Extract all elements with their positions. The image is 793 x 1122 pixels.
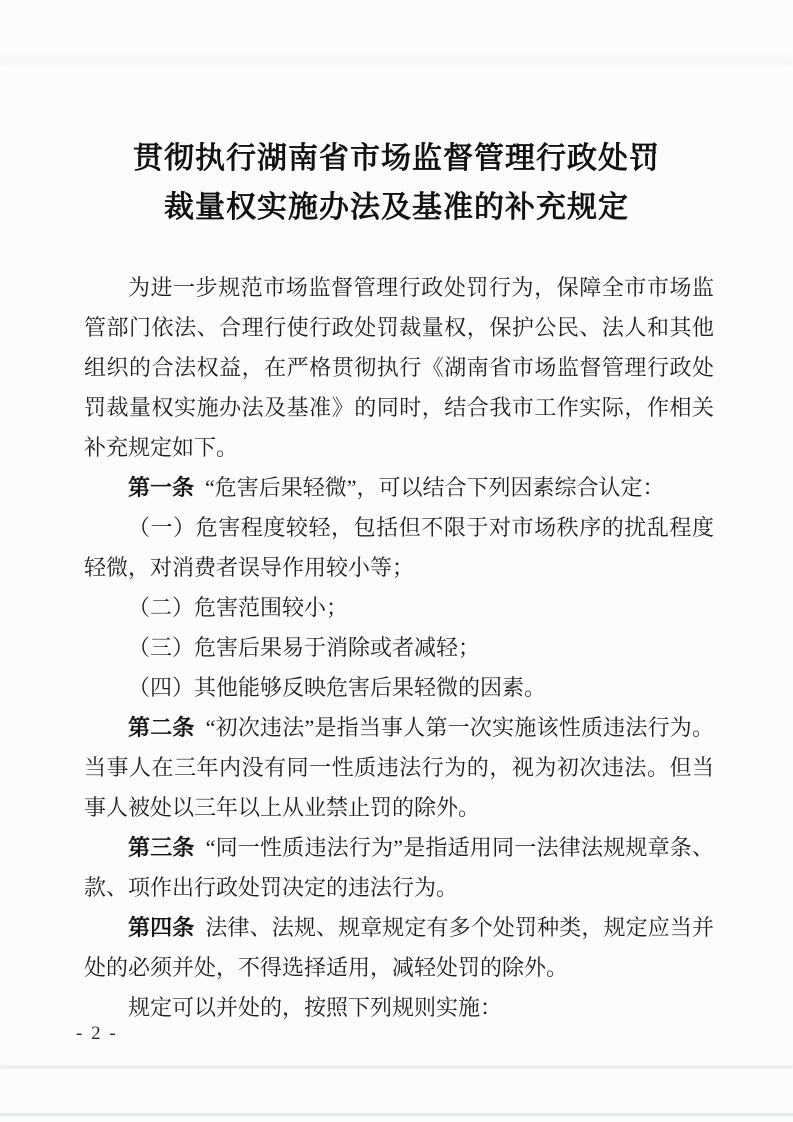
article-1-term: 第一条 (128, 475, 194, 500)
page-number: - 2 - (76, 1022, 118, 1046)
article-1-paragraph: 第一条“危害后果轻微”，可以结合下列因素综合认定： (84, 468, 714, 508)
article-3-term: 第三条 (128, 835, 195, 860)
article-1-item-2: （二）危害范围较小； (84, 588, 714, 628)
scan-artifact-band (0, 56, 793, 66)
article-1-item-1: （一）危害程度较轻，包括但不限于对市场秩序的扰乱程度轻微，对消费者误导作用较小等… (84, 508, 714, 588)
scan-artifact-line-teal (0, 1113, 793, 1116)
article-2-term: 第二条 (128, 715, 195, 740)
intro-paragraph: 为进一步规范市场监督管理行政处罚行为，保障全市市场监管部门依法、合理行使行政处罚… (84, 268, 714, 468)
paragraph-text: （二）危害范围较小； (128, 595, 348, 620)
article-1-item-3: （三）危害后果易于消除或者减轻； (84, 628, 714, 668)
document-title-line-1: 贯彻执行湖南省市场监督管理行政处罚 (0, 134, 793, 183)
article-4-paragraph: 第四条法律、法规、规章规定有多个处罚种类，规定应当并处的必须并处，不得选择适用，… (84, 908, 714, 988)
paragraph-text: “危害后果轻微”，可以结合下列因素综合认定： (205, 475, 665, 500)
scan-artifact-line (0, 1066, 793, 1068)
article-4-subparagraph: 规定可以并处的，按照下列规则实施： (84, 988, 714, 1028)
paragraph-text: 为进一步规范市场监督管理行政处罚行为，保障全市市场监管部门依法、合理行使行政处罚… (84, 275, 714, 460)
paragraph-text: （四）其他能够反映危害后果轻微的因素。 (128, 675, 546, 700)
paragraph-text: 规定可以并处的，按照下列规则实施： (128, 995, 502, 1020)
article-4-term: 第四条 (128, 915, 194, 940)
article-1-item-4: （四）其他能够反映危害后果轻微的因素。 (84, 668, 714, 708)
document-title-line-2: 裁量权实施办法及基准的补充规定 (0, 183, 793, 232)
article-3-paragraph: 第三条“同一性质违法行为”是指适用同一法律法规规章条、款、项作出行政处罚决定的违… (84, 828, 714, 908)
scanned-document-page: 贯彻执行湖南省市场监督管理行政处罚 裁量权实施办法及基准的补充规定 为进一步规范… (0, 0, 793, 1122)
document-title: 贯彻执行湖南省市场监督管理行政处罚 裁量权实施办法及基准的补充规定 (0, 134, 793, 232)
paragraph-text: （三）危害后果易于消除或者减轻； (128, 635, 480, 660)
paragraph-text: （一）危害程度较轻，包括但不限于对市场秩序的扰乱程度轻微，对消费者误导作用较小等… (84, 515, 714, 580)
document-body: 为进一步规范市场监督管理行政处罚行为，保障全市市场监管部门依法、合理行使行政处罚… (84, 268, 714, 1028)
article-2-paragraph: 第二条“初次违法”是指当事人第一次实施该性质违法行为。当事人在三年内没有同一性质… (84, 708, 714, 828)
